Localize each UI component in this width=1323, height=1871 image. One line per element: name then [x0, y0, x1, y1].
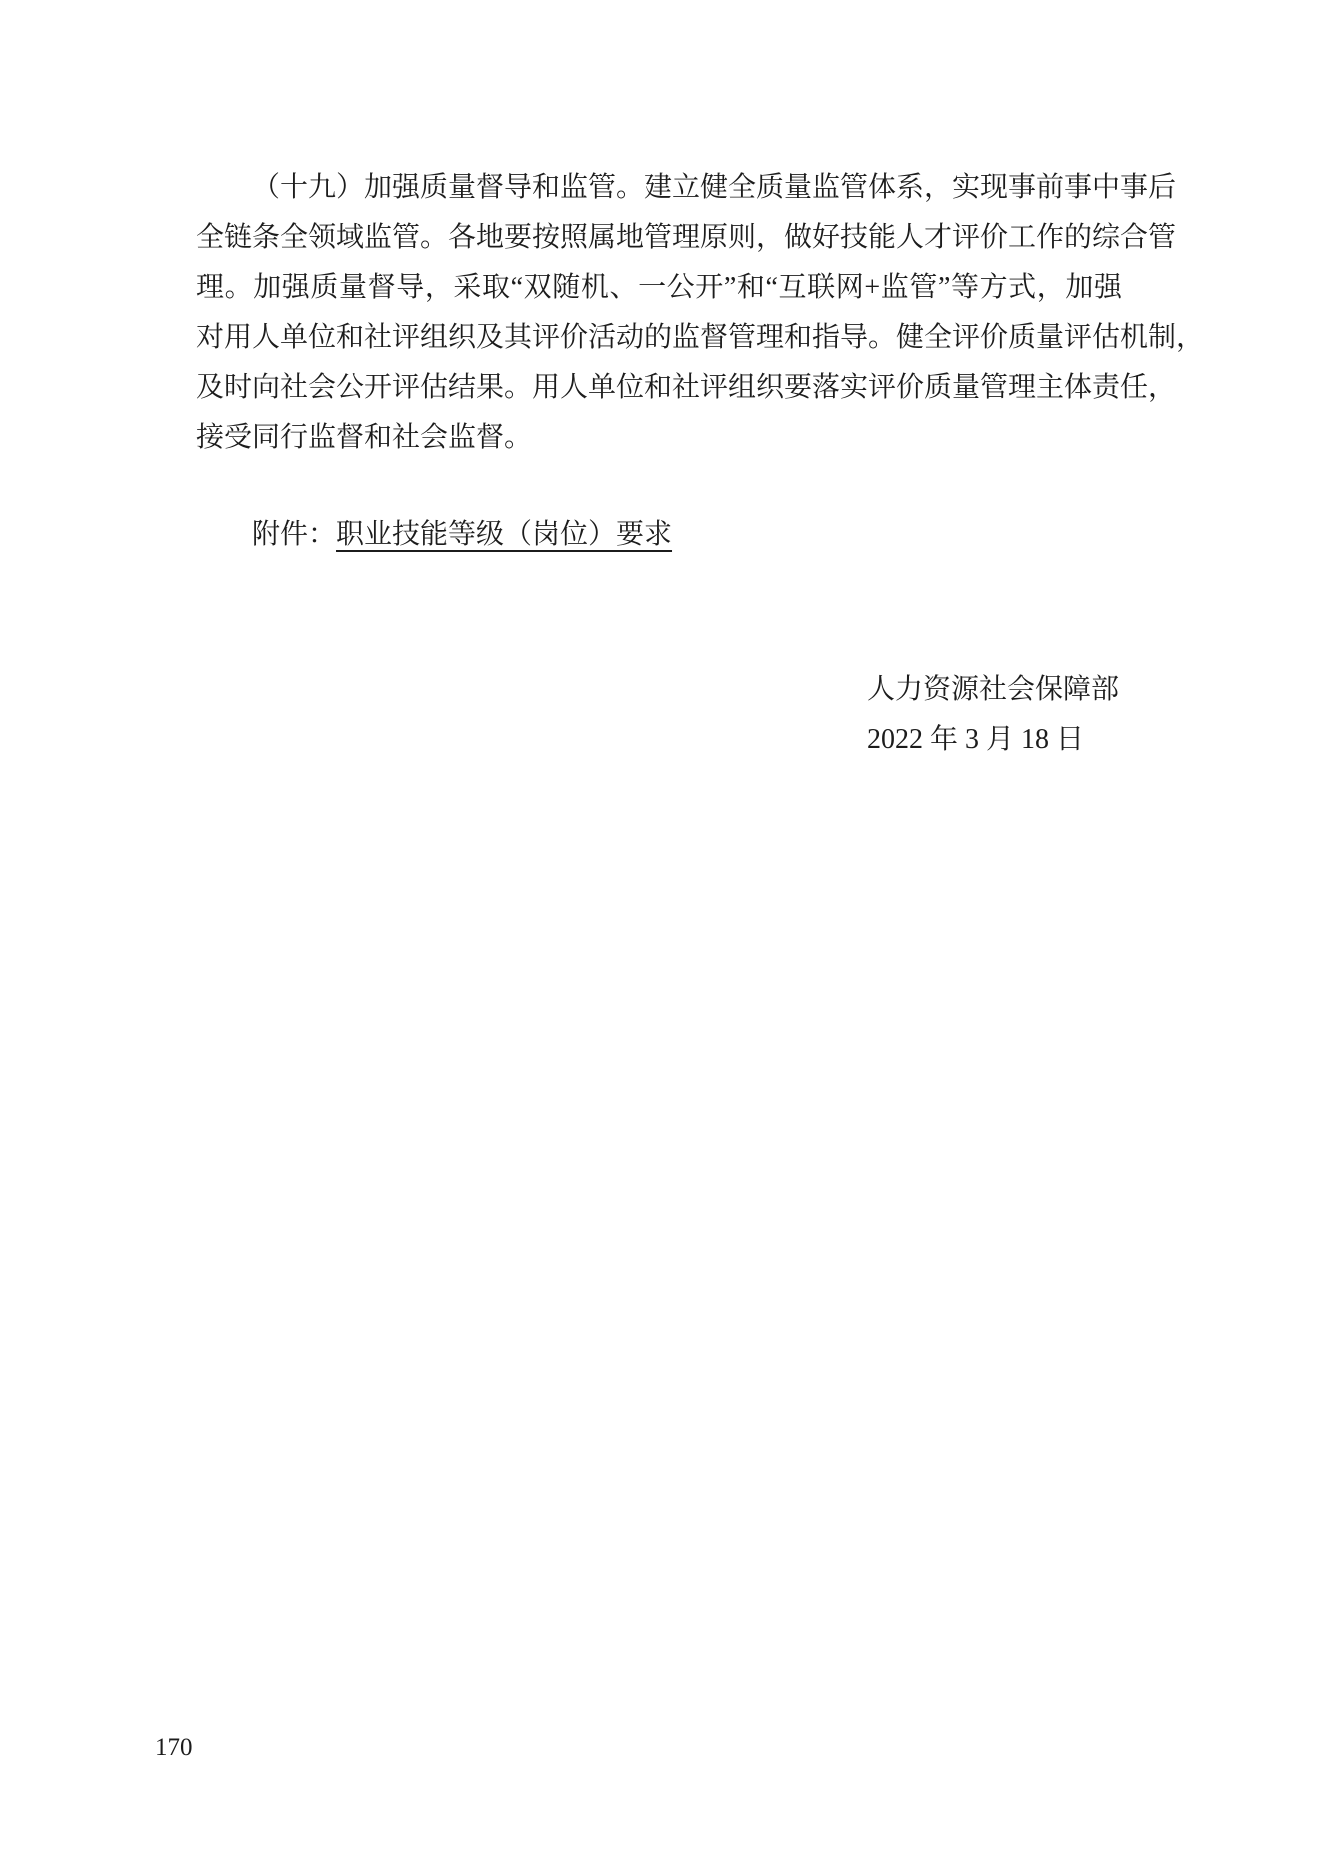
paragraph-19: （十九）加强质量督导和监管。建立健全质量监管体系，实现事前事中事后 全链条全领域… — [196, 163, 1122, 463]
signature-date: 2022 年 3 月 18 日 — [867, 715, 1119, 765]
attachment-title-link: 职业技能等级（岗位）要求 — [336, 519, 672, 550]
paragraph-line: 理。加强质量督导，采取“双随机、一公开”和“互联网+监管”等方式，加强 — [196, 263, 1122, 313]
document-page: （十九）加强质量督导和监管。建立健全质量监管体系，实现事前事中事后 全链条全领域… — [0, 0, 1323, 1871]
paragraph-line: 全链条全领域监管。各地要按照属地管理原则，做好技能人才评价工作的综合管 — [196, 213, 1122, 263]
attachment-line: 附件：职业技能等级（岗位）要求 — [196, 510, 1122, 560]
paragraph-line: 及时向社会公开评估结果。用人单位和社评组织要落实评价质量管理主体责任， — [196, 363, 1122, 413]
paragraph-line: （十九）加强质量督导和监管。建立健全质量监管体系，实现事前事中事后 — [196, 163, 1122, 213]
attachment-label: 附件： — [252, 519, 336, 550]
page-number: 170 — [155, 1733, 193, 1763]
signature-block: 人力资源社会保障部 2022 年 3 月 18 日 — [867, 665, 1119, 765]
paragraph-line: 对用人单位和社评组织及其评价活动的监督管理和指导。健全评价质量评估机制， — [196, 313, 1122, 363]
signature-org: 人力资源社会保障部 — [867, 665, 1119, 715]
paragraph-line: 接受同行监督和社会监督。 — [196, 413, 1122, 463]
